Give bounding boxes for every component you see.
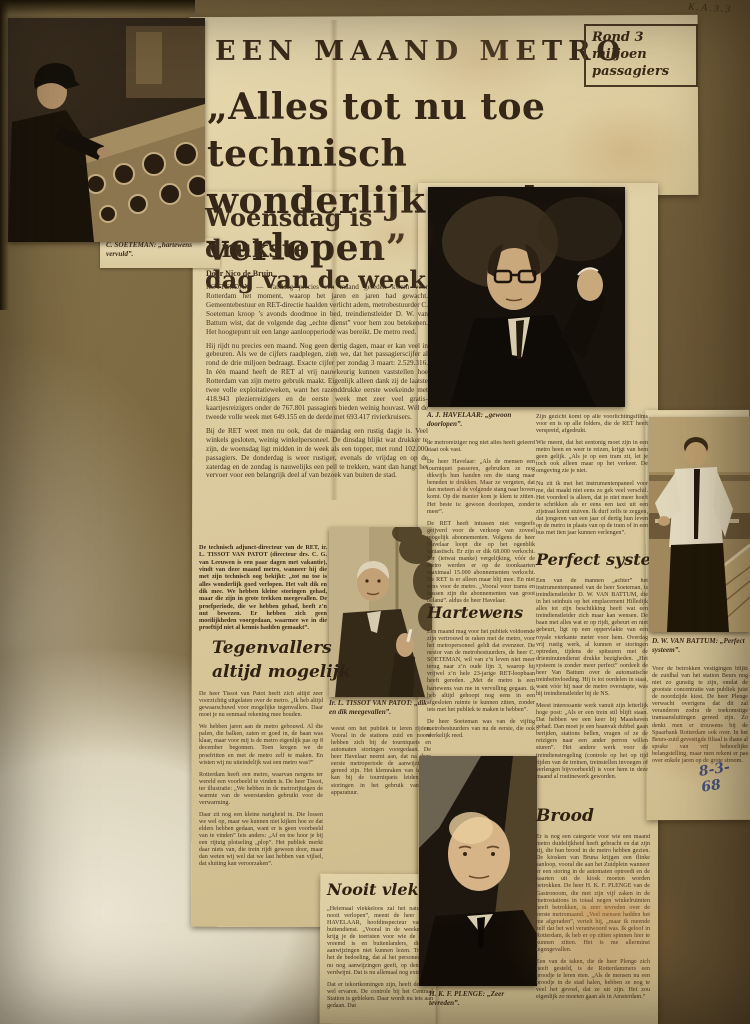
paragraph: Een maand mag voor het publiek voldoende… (427, 629, 535, 714)
havelaar-image (428, 187, 625, 407)
paragraph: Dat er tekortkomingen zijn, heeft de RET… (327, 982, 433, 1010)
body-column-2: de metroreiziger nog niet alles heeft ge… (427, 440, 535, 602)
van-battum-image (649, 417, 750, 632)
caption-tissot: Ir. L. TISSOT VAN PATOT: „dik en dik mee… (329, 699, 432, 718)
caption-plenge: H. K. F. PLENGE: „Zeer tevreden”. (429, 990, 534, 1009)
paragraph: Wie meent, dat het eentonig moet zijn in… (536, 440, 648, 475)
paragraph: „Helemaal vlekkeloos zal het natuurlijk … (327, 906, 433, 977)
section-title-hartewens: Hartewens (427, 603, 523, 622)
tegenvallers-column: De heer Tissot van Patot heeft zich alti… (199, 691, 323, 923)
paragraph: Er is nog een categorie voor wie een maa… (536, 834, 650, 954)
paragraph: Hij rijdt nu precies een maand. Nog geen… (206, 342, 428, 422)
paragraph: Zijn gezicht komt op alle voorlichtingsf… (536, 414, 648, 435)
tissot-intro: De technisch adjunct-directeur van de RE… (199, 544, 327, 644)
scrapbook-page: C. SOETEMAN: „hartewens vervuld”. EEN MA… (0, 0, 750, 1024)
caption-van-battum: D. W. VAN BATTUM: „Perfect systeem”. (652, 637, 748, 656)
badge-line1: Rond 3 miljoen (592, 30, 690, 64)
paragraph: Voor de betrokken vestigingen blijkt de … (652, 666, 748, 765)
photo-metro-driver (8, 18, 205, 242)
perfect-column: Een van de mannen „achter” het instrumen… (536, 578, 648, 804)
page-edge-top (0, 0, 195, 15)
paragraph: We hebben jaren aan de metro gebouwd. Al… (199, 724, 323, 766)
headline-line1: „Alles tot nu toe technisch (207, 84, 693, 178)
body-column-1: ROTTERDAM — Vandaag precies een maand ge… (206, 283, 428, 541)
section-title-brood: Brood (536, 806, 594, 826)
title-line: Tegenvallers (212, 636, 351, 660)
body-column-3: Zijn gezicht komt op alle voorlichtingsf… (536, 414, 648, 549)
subhead: Woensdag is drukste dag van de week (205, 202, 437, 295)
brood-column: Er is nog een categorie voor wie een maa… (536, 834, 650, 1022)
caption-soeteman: C. SOETEMAN: „hartewens vervuld”. (106, 241, 216, 260)
badge-line2: passagiers (592, 64, 690, 81)
photo-havelaar (428, 187, 625, 407)
section-title-tegenvallers: Tegenvallers altijd mogelijk (212, 636, 351, 684)
nooit-column: „Helemaal vlekkeloos zal het natuurlijk … (327, 906, 433, 1024)
paragraph: Meest interessante werk vanuit zijn lett… (536, 703, 648, 781)
passenger-count-badge: Rond 3 miljoen passagiers (584, 24, 698, 87)
paragraph: Een van de taken, die de heer Plenge zic… (536, 959, 650, 1001)
paragraph: de metroreiziger nog niet alles heeft ge… (427, 440, 535, 454)
paragraph: ROTTERDAM — Vandaag precies een maand ge… (206, 283, 428, 337)
paragraph: Nu zit ik met het instrumentenpaneel voo… (536, 481, 648, 538)
paragraph: weest om het publiek te leren rijden. Vo… (331, 726, 431, 797)
paragraph: Daar zit nog een kleine narigheid in. Di… (199, 812, 323, 869)
paragraph: De RET heeft intussen niet vergeefs geij… (427, 521, 535, 602)
byline: Door Nico de Bruin (206, 269, 273, 278)
fragment-column: weest om het publiek te leren rijden. Vo… (331, 726, 431, 876)
paragraph: De heer Tissot van Patot heeft zich alti… (199, 691, 323, 719)
photo-van-battum (649, 417, 750, 632)
subhead-line1: Woensdag is drukste (205, 202, 437, 264)
plenge-image (419, 756, 537, 986)
photo-plenge (419, 756, 537, 986)
paragraph: De heer Havelaar: „Als de mensen een tou… (427, 459, 535, 516)
paragraph: Rotterdam heeft een metro, waarvan nerge… (199, 772, 323, 807)
title-line: altijd mogelijk (212, 660, 351, 684)
paragraph: Bij de RET weet men nu ook, dat de maand… (206, 427, 428, 481)
kicker-headline: EEN MAAND METRO (215, 36, 626, 67)
corner-handwriting: K.A.3.3 (688, 1, 733, 15)
hartewens-column: Een maand mag voor het publiek voldoende… (427, 629, 535, 753)
paragraph: Een van de mannen „achter” het instrumen… (536, 578, 648, 698)
caption-havelaar: A. J. HAVELAAR: „gewoon doorlopen”. (427, 411, 539, 430)
paragraph: De heer Soeteman was van de vijftig metr… (427, 719, 535, 740)
metro-driver-image (8, 18, 205, 242)
